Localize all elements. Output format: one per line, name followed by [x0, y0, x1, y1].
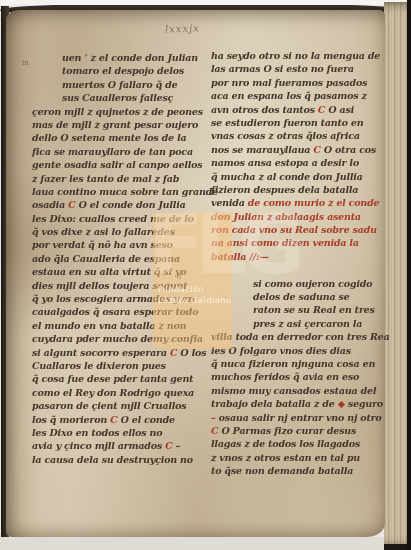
text-segment: les Dixo en todos ellos no [32, 428, 162, 439]
backdrop-bottom-strip [0, 537, 390, 550]
text-segment: como el Rey don Rodrigo quexa [32, 388, 194, 399]
rubric-segment: C [211, 426, 221, 437]
text-segment: z el conde don Julian [91, 53, 198, 64]
manuscript-line: dello O setena mente los de la [32, 132, 210, 145]
text-segment: fizieron despues dela batalla [211, 185, 358, 196]
manuscript-line: avn otros dos tantos C O asi [211, 104, 389, 117]
text-segment: – [173, 441, 181, 452]
text-segment: q̃ nuca fizieron njnguna cosa en [211, 359, 375, 370]
manuscript-line: Cuallaros le dixieron pues [32, 360, 210, 373]
folio-number: lxxxjx [165, 23, 200, 35]
rubric-segment: C [318, 105, 328, 116]
manuscript-line: mas de mjll z grant pesar oujero [32, 119, 210, 132]
manuscript-line: – osaua salir nj entrar vno nj otro [211, 412, 389, 425]
rubric-segment: C [170, 348, 180, 359]
backdrop-right-strip [407, 0, 411, 550]
text-segment: q̃ cosa fue dese pder tanta gent [32, 374, 193, 385]
text-segment: avn otros dos tantos [211, 105, 318, 116]
text-segment: por nro mal fueramos pasados [211, 78, 367, 89]
manuscript-line: q̃ cosa fue dese pder tanta gent [32, 373, 210, 386]
rubric-segment: C [68, 200, 78, 211]
manuscript-line: aca en espana los q̃ pasamos z [211, 90, 389, 103]
text-segment: O Parmas fizo curar desus [221, 426, 356, 437]
text-segment: seguro [345, 399, 383, 410]
manuscript-line: tomaro el despojo delos [32, 65, 210, 78]
manuscript-line: les Dixo en todos ellos no [32, 427, 210, 440]
manuscript-line: raton se su Real en tres [211, 304, 389, 317]
manuscript-line: çeron mjll z qujnetos z de peones [32, 106, 210, 119]
manuscript-line: sus Caualleros fallesç [32, 92, 210, 105]
text-segment: osadia [32, 200, 68, 211]
manuscript-line: les O folgaro vnos dies dias [211, 345, 389, 358]
manuscript-line: C O Parmas fizo curar desus [211, 425, 389, 438]
rubric-segment: – [211, 413, 219, 424]
manuscript-line: fizieron despues dela batalla [211, 184, 389, 197]
manuscript-line: uen ʼ z el conde don Julian [32, 52, 210, 65]
text-segment: fica se marauyllaro de tan poca [32, 147, 193, 158]
manuscript-line: muchos feridos q̃ avia en eso [211, 371, 389, 384]
text-segment: dello O setena mente los de la [32, 133, 186, 144]
manuscript-line: la causa dela su destruyçion no [32, 454, 210, 467]
text-segment: osaua salir nj entrar vno nj otro [219, 413, 382, 424]
text-segment: to q̃se non demanda batalla [211, 466, 353, 477]
text-segment: gente osadia salir al canpo aellos [32, 160, 202, 171]
rubric-segment: C [165, 441, 172, 452]
text-segment: çeron mjll z qujnetos z de peones [32, 107, 203, 118]
text-segment: z fazer les tanto de mal z fab [32, 174, 179, 185]
text-segment: O el conde [121, 415, 175, 426]
text-segment: uen [62, 53, 84, 64]
manuscript-line: trabajo dela batalla z de ◆ seguro [211, 398, 389, 411]
text-segment: q̃ mucha z al conde don Jullia [211, 172, 363, 183]
text-segment: raton se su Real en tres [253, 305, 375, 316]
text-segment: muchos feridos q̃ avia en eso [211, 372, 359, 383]
text-segment: los q̃ morieron [32, 415, 110, 426]
text-segment: llagas z de todos los llagados [211, 439, 360, 450]
text-segment: se estudieron fueron tanto en [211, 118, 363, 129]
manuscript-line: como el Rey don Rodrigo quexa [32, 387, 210, 400]
text-segment: z vnos z otros estan en tal pu [211, 453, 360, 464]
watermark-line1: Fundación [158, 285, 232, 296]
text-segment: O los [180, 348, 206, 359]
manuscript-line: namos ansa estopa a desir lo [211, 157, 389, 170]
text-segment: aca en espana los q̃ pasamos z [211, 91, 367, 102]
manuscript-line: z fazer les tanto de mal z fab [32, 173, 210, 186]
text-segment: ha seydo otro si no la mengua de [211, 51, 380, 62]
manuscript-line: z vnos z otros estan en tal pu [211, 452, 389, 465]
manuscript-line: q̃ nuca fizieron njnguna cosa en [211, 358, 389, 371]
manuscript-line: fica se marauyllaro de tan poca [32, 146, 210, 159]
margin-mark: m [22, 59, 29, 67]
text-segment: tomaro el despojo delos [62, 66, 184, 77]
manuscript-line: por nro mal fueramos pasados [211, 77, 389, 90]
text-segment: laua contino muca sobre tan grande [32, 187, 218, 198]
manuscript-line: vnas cosas z otras q̃los africa [211, 130, 389, 143]
manuscript-line: gente osadia salir al canpo aellos [32, 159, 210, 172]
text-segment: Cuallaros le dixieron pues [32, 361, 166, 372]
text-segment: O otra cos [324, 145, 376, 156]
text-segment: avia y çinco mjll armados [32, 441, 165, 452]
text-segment: pasaron de çient mjll Cruallos [32, 401, 186, 412]
manuscript-line: q̃ mucha z al conde don Jullia [211, 171, 389, 184]
text-segment: muertos O fallaro q̃ de [62, 80, 177, 91]
text-segment: O asi [328, 105, 354, 116]
manuscript-line: to q̃se non demanda batalla [211, 465, 389, 478]
manuscript-line: pasaron de çient mjll Cruallos [32, 400, 210, 413]
manuscript-line: muertos O fallaro q̃ de [32, 79, 210, 92]
manuscript-line: los q̃ morieron C O el conde [32, 414, 210, 427]
manuscript-line: se estudieron fueron tanto en [211, 117, 389, 130]
text-segment: sus Caualleros fallesç [62, 93, 173, 104]
manuscript-line: villa toda en derredor con tres Rea [211, 331, 389, 344]
text-segment: la causa dela su destruyçion no [32, 455, 193, 466]
manuscript-line: nos se marauyllaua C O otra cos [211, 144, 389, 157]
watermark-ghost-letters: FLG [148, 198, 334, 298]
rubric-segment: C [110, 415, 120, 426]
backdrop-top-strip [0, 0, 407, 5]
text-segment: mismo muy cansados estaua del [211, 386, 376, 397]
text-segment: vnas cosas z otras q̃los africa [211, 131, 360, 142]
text-segment: trabajo dela batalla z de [211, 399, 338, 410]
text-segment: mas de mjll z grant pesar oujero [32, 120, 198, 131]
rubric-segment: C [313, 145, 323, 156]
text-segment: villa toda en derredor con tres Rea [211, 332, 389, 343]
book-fore-edge-shadow [384, 544, 408, 550]
watermark-label: Fundación Lázaro Galdiano [158, 285, 232, 306]
watermark-line2: Lázaro Galdiano [158, 296, 232, 307]
rubric-segment: ◆ [338, 399, 345, 410]
text-segment: namos ansa estopa a desir lo [211, 158, 359, 169]
manuscript-line: avia y çinco mjll armados C – [32, 440, 210, 453]
manuscript-line: mismo muy cansados estaua del [211, 385, 389, 398]
manuscript-line: ha seydo otro si no la mengua de [211, 50, 389, 63]
manuscript-line: las armas O si esto no fuera [211, 63, 389, 76]
text-segment: nos se marauyllaua [211, 145, 313, 156]
manuscript-line: pres z asi çercaron la [211, 318, 389, 331]
manuscript-line: llagas z de todos los llagados [211, 438, 389, 451]
text-segment: pres z asi çercaron la [253, 319, 362, 330]
text-segment: si algunt socorro esperara [32, 348, 170, 359]
text-segment: las armas O si esto no fuera [211, 64, 354, 75]
